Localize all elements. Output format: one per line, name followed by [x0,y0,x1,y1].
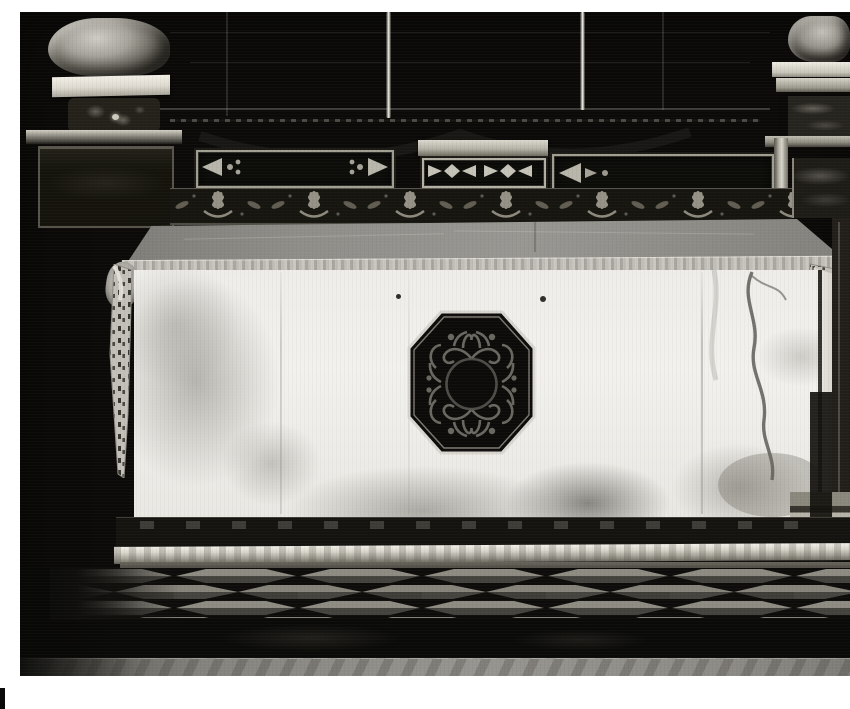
altar-frontal-marble [134,270,822,518]
candlestick-stem-right [580,12,585,110]
candlestick-stem-left [386,12,391,118]
scanned-photograph-page [0,0,850,709]
frieze-corner-molding [774,138,788,194]
panel-joint [226,12,228,116]
altar-photograph [20,12,850,676]
arrow-inlay-icon [330,156,390,180]
carving-highlight [112,114,119,120]
plinth-dentils [140,521,830,529]
palmette-pattern [170,189,792,220]
pedestal-inlay-panel [422,158,546,188]
gilded-step-edge [114,543,850,564]
frieze-panel-left [196,150,394,188]
wall-molding-line [170,32,770,33]
wall-molding-line [190,62,750,63]
step-riser [80,618,850,658]
left-column-base-torus [56,62,166,74]
arrow-diamond-inlay-icon [426,162,538,180]
marble-speck [396,294,401,299]
frieze-right-marble-panel [792,158,850,218]
right-column-plinth-band [776,78,850,92]
left-marble-wainscot-panel [38,146,174,228]
right-background-pilaster [832,218,850,508]
right-column-plinth-band [772,62,850,77]
marble-speck [540,296,546,302]
pilaster-highlight [838,222,840,492]
registration-tick [0,688,5,709]
right-column-base-marble [788,16,850,62]
left-column-plinth [52,75,170,97]
panel-joint [662,12,664,110]
palmette-marquetry-band [170,188,792,225]
slab-seam [280,272,282,514]
pedestal-cap [418,140,548,156]
left-corner-shadow [20,568,140,676]
arrow-inlay-icon [200,156,260,180]
right-marble-panel [788,96,850,138]
marble-veining [694,270,822,518]
left-shelf-molding [26,130,182,144]
octagonal-inlay [405,308,538,457]
pavement-strip [20,658,850,676]
arrow-inlay-icon [557,161,621,185]
